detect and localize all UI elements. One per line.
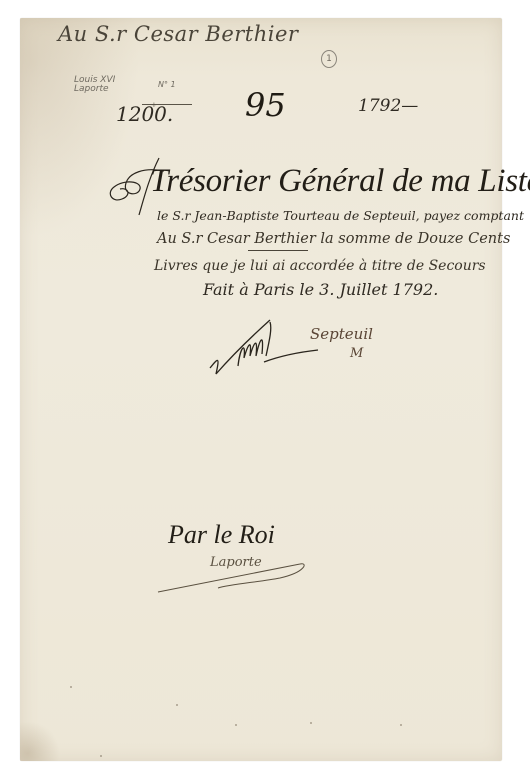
paper-speck (235, 724, 237, 726)
body-line-1: le S.r Jean-Baptiste Tourteau de Septeui… (157, 208, 524, 223)
pencil-note: Louis XVI Laporte (74, 76, 115, 94)
countersignature-initial: M (350, 346, 363, 361)
amount-margin: 1200. (116, 102, 173, 126)
pencil-note-line2: Laporte (74, 85, 115, 94)
name-underline (248, 250, 308, 251)
par-le-roi-heading: Par le Roi (168, 520, 275, 550)
minister-signature: Laporte (210, 555, 262, 570)
countersignature: Septeuil (310, 325, 373, 343)
document-title: Trésorier Général de ma Liste civile ; (150, 163, 530, 200)
body-line-3: Livres que je lui ai accordée à titre de… (154, 258, 486, 274)
paper-speck (310, 722, 312, 724)
paper-speck (400, 724, 402, 726)
paper-speck (176, 704, 178, 706)
pencil-note-number: N° 1 (158, 80, 176, 89)
paper-stain (20, 721, 60, 761)
paper-speck (70, 686, 72, 688)
year: 1792— (358, 96, 418, 116)
body-line-date: Fait à Paris le 3. Juillet 1792. (203, 280, 438, 299)
document-paper: Au S.r Cesar Berthier Louis XVI Laporte … (20, 18, 502, 761)
circled-page-number: 1 (321, 50, 337, 68)
king-signature-icon (200, 318, 320, 378)
body-line-2: Au S.r Cesar Berthier la somme de Douze … (157, 231, 510, 247)
paper-speck (100, 755, 102, 757)
addressee-heading: Au S.r Cesar Berthier (58, 22, 298, 46)
warrant-number: 95 (245, 86, 286, 124)
